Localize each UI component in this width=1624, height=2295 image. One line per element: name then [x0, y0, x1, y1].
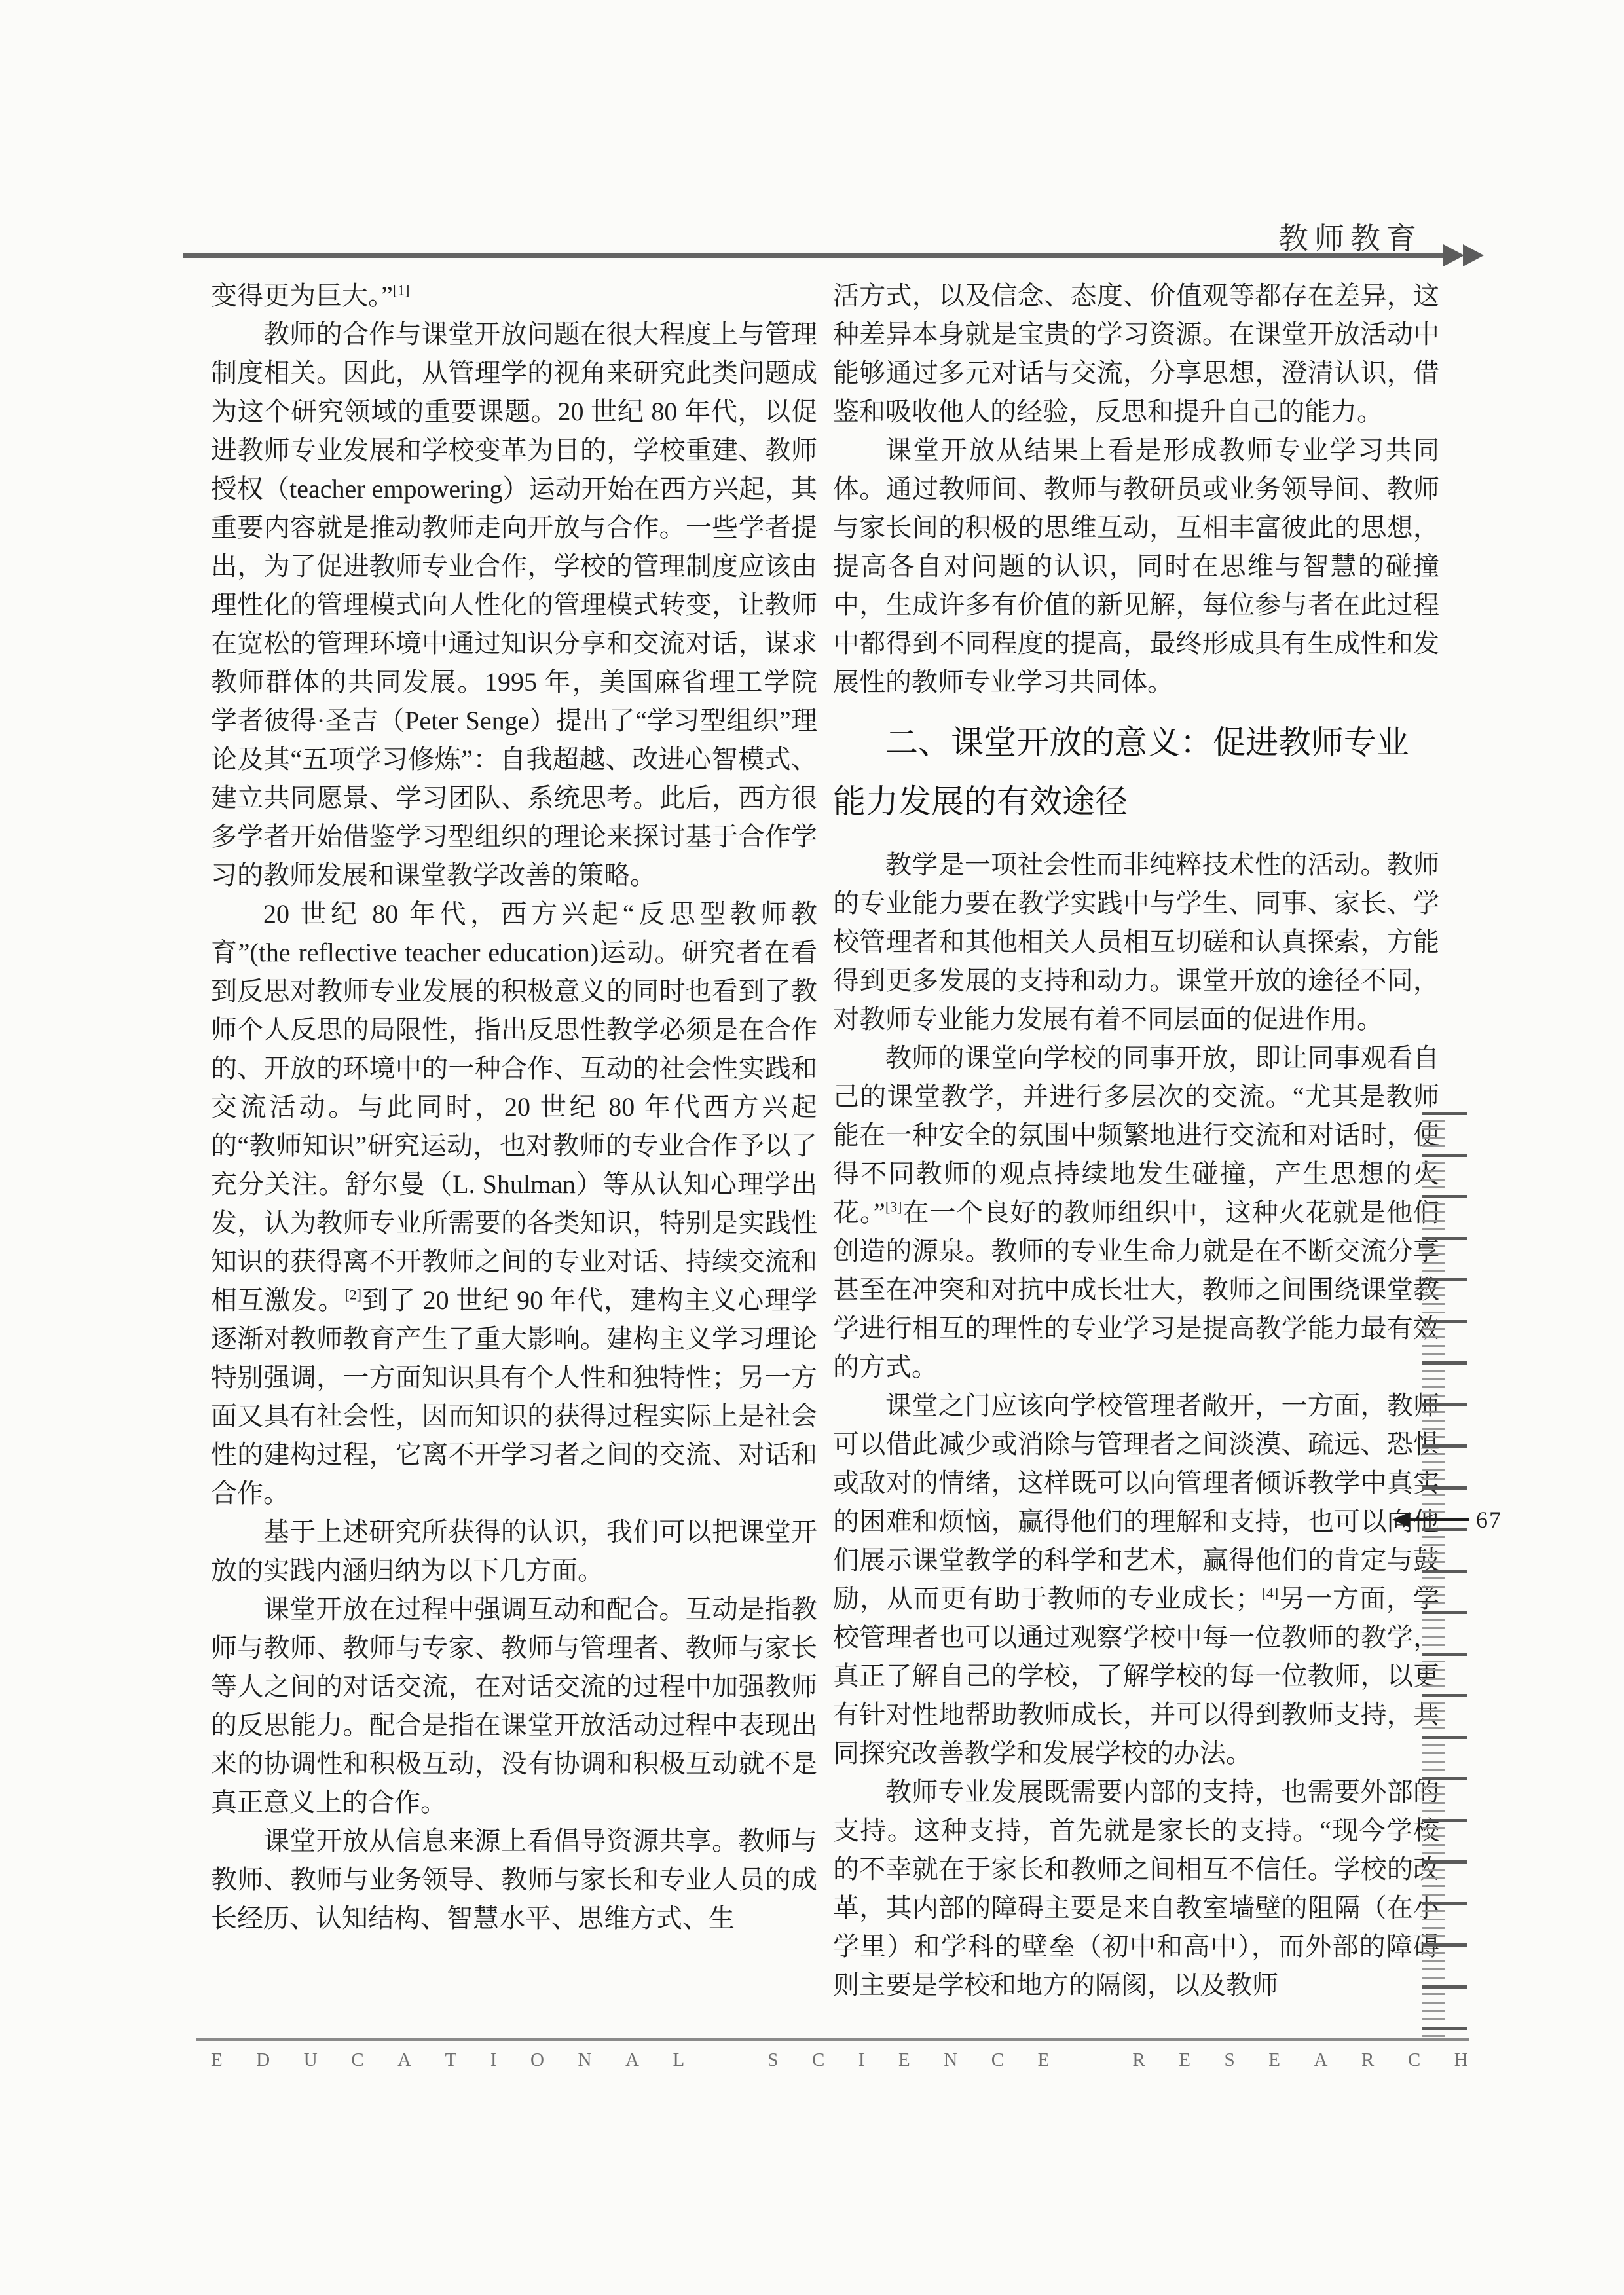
footnote-marker: [2] — [344, 1287, 361, 1303]
footer-letter: E — [211, 2049, 223, 2071]
ruler-tick — [1422, 1894, 1445, 1896]
ruler-tick — [1422, 1353, 1445, 1355]
ruler-tick — [1422, 1761, 1445, 1763]
footer-letter: D — [256, 2049, 270, 2071]
footer-letter: R — [1361, 2049, 1374, 2071]
body-paragraph: 教学是一项社会性而非纯粹技术性的活动。教师的专业能力要在教学实践中与学生、同事、… — [833, 845, 1439, 1038]
ruler-tick — [1422, 1869, 1445, 1871]
ruler-tick — [1422, 1627, 1445, 1629]
ruler-tick — [1422, 1287, 1445, 1289]
footer-rule — [196, 2038, 1469, 2041]
footer-letter: N — [944, 2049, 957, 2071]
ruler-tick — [1422, 1428, 1445, 1430]
ruler-tick — [1422, 1444, 1467, 1448]
footer-letter: L — [673, 2049, 684, 2071]
ruler-tick — [1422, 1552, 1445, 1554]
ruler-tick — [1422, 2010, 1445, 2012]
ruler-tick — [1422, 1644, 1445, 1646]
ruler-tick — [1422, 1685, 1445, 1687]
ruler-tick — [1422, 1577, 1445, 1579]
body-paragraph: 变得更为巨大。”[1] — [211, 276, 817, 315]
footer-letter: C — [812, 2049, 824, 2071]
ruler-tick — [1422, 1793, 1445, 1795]
ruler-tick — [1422, 1835, 1445, 1837]
ruler-tick — [1422, 1220, 1445, 1222]
ruler-tick — [1422, 1561, 1445, 1563]
ruler-tick — [1422, 1262, 1445, 1264]
footer-letter: T — [445, 2049, 457, 2071]
ruler-tick — [1422, 1570, 1467, 1573]
footer-letter: E — [1268, 2049, 1280, 2071]
ruler-tick — [1422, 1503, 1445, 1505]
ruler-tick — [1422, 1927, 1445, 1929]
ruler-tick — [1422, 1195, 1467, 1198]
footer-letter: U — [304, 2049, 318, 2071]
ruler-tick — [1422, 1278, 1467, 1281]
ruler-tick — [1422, 1461, 1445, 1463]
ruler-tick — [1422, 1128, 1445, 1130]
ruler-tick — [1422, 1827, 1445, 1829]
footer-letter: C — [1408, 2049, 1420, 2071]
body-paragraph: 课堂开放在过程中强调互动和配合。互动是指教师与教师、教师与专家、教师与管理者、教… — [211, 1590, 817, 1822]
ruler-tick — [1422, 1752, 1445, 1754]
ruler-tick — [1422, 1420, 1445, 1422]
ruler-tick — [1422, 1844, 1445, 1846]
ruler-tick — [1422, 1694, 1467, 1697]
ruler-tick — [1422, 1619, 1445, 1621]
ruler-tick — [1422, 1594, 1445, 1596]
ruler-tick — [1422, 2035, 1445, 2037]
ruler-tick — [1422, 1935, 1445, 1937]
footer-letter: S — [767, 2049, 778, 2071]
body-paragraph: 课堂之门应该向学校管理者敞开，一方面，教师可以借此减少或消除与管理者之间淡漠、疏… — [833, 1386, 1439, 1772]
section-heading: 二、课堂开放的意义：促进教师专业能力发展的有效途径 — [833, 713, 1439, 831]
footer-letter: O — [530, 2049, 544, 2071]
ruler-tick — [1422, 1602, 1445, 1604]
ruler-tick — [1422, 1993, 1445, 1995]
footer-letter: C — [991, 2049, 1004, 2071]
ruler-tick — [1422, 1544, 1445, 1546]
body-paragraph: 基于上述研究所获得的认识，我们可以把课堂开放的实践内涵归纳为以下几方面。 — [211, 1513, 817, 1590]
left-column: 变得更为巨大。”[1]教师的合作与课堂开放问题在很大程度上与管理制度相关。因此，… — [211, 276, 817, 1937]
ruler-tick — [1422, 1977, 1445, 1979]
double-right-arrow-icon — [1443, 244, 1464, 266]
ruler-tick — [1422, 2027, 1467, 2030]
ruler-tick — [1422, 1710, 1445, 1712]
ruler-tick — [1422, 1511, 1445, 1513]
footer-letter: R — [1132, 2049, 1145, 2071]
footer-letter: S — [1225, 2049, 1235, 2071]
footer-letter: I — [858, 2049, 865, 2071]
ruler-tick — [1422, 1744, 1445, 1746]
ruler-tick — [1422, 1303, 1445, 1305]
ruler-tick — [1422, 2018, 1445, 2020]
ruler-tick — [1422, 1852, 1445, 1854]
ruler-tick — [1422, 1486, 1467, 1490]
ruler-tick — [1422, 1810, 1445, 1812]
footer-letter: H — [1454, 2049, 1468, 2071]
ruler-tick — [1422, 1145, 1445, 1147]
body-paragraph: 教师的合作与课堂开放问题在很大程度上与管理制度相关。因此，从管理学的视角来研究此… — [211, 315, 817, 894]
ruler-tick — [1422, 1154, 1467, 1157]
footer-letter: N — [578, 2049, 592, 2071]
ruler-tick — [1422, 1245, 1445, 1247]
ruler-tick — [1422, 1586, 1445, 1588]
footer-letter: E — [1038, 2049, 1050, 2071]
ruler-tick — [1422, 1203, 1445, 1205]
ruler-tick — [1422, 1378, 1445, 1380]
ruler-tick — [1422, 1137, 1445, 1139]
ruler-tick — [1422, 1228, 1445, 1230]
ruler-tick — [1422, 1777, 1467, 1780]
ruler-tick — [1422, 1860, 1467, 1864]
ruler-tick — [1422, 1727, 1445, 1729]
ruler-tick — [1422, 2002, 1445, 2004]
ruler-tick — [1422, 1968, 1445, 1970]
page-number-arrow-shaft — [1407, 1518, 1469, 1521]
ruler-tick — [1422, 1653, 1467, 1656]
page-number: 67 — [1476, 1506, 1502, 1533]
ruler-tick — [1422, 1186, 1445, 1188]
ruler-tick — [1422, 1312, 1445, 1313]
ruler-tick — [1422, 1294, 1445, 1296]
ruler-tick — [1422, 1403, 1467, 1406]
ruler-tick — [1422, 1328, 1445, 1330]
ruler-tick — [1422, 1211, 1445, 1213]
ruler-tick — [1422, 1370, 1445, 1372]
ruler-tick — [1422, 1952, 1445, 1954]
ruler-tick — [1422, 1636, 1445, 1638]
ruler-tick — [1422, 1769, 1445, 1771]
header-section-label: 教师教育 — [1278, 215, 1422, 258]
body-paragraph: 课堂开放从信息来源上看倡导资源共享。教师与教师、教师与业务领导、教师与家长和专业… — [211, 1822, 817, 1937]
ruler-tick — [1422, 1336, 1445, 1338]
body-paragraph: 活方式，以及信念、态度、价值观等都存在差异，这种差异本身就是宝贵的学习资源。在课… — [833, 276, 1439, 431]
ruler-tick — [1422, 1702, 1445, 1704]
ruler-tick — [1422, 1611, 1467, 1614]
ruler-tick — [1422, 1162, 1445, 1164]
ruler-tick — [1422, 1902, 1467, 1905]
ruler-tick — [1422, 1478, 1445, 1480]
ruler-tick — [1422, 1320, 1467, 1323]
body-paragraph: 20 世纪 80 年代，西方兴起“反思型教师教育”(the reflective… — [211, 894, 817, 1513]
right-column: 活方式，以及信念、态度、价值观等都存在差异，这种差异本身就是宝贵的学习资源。在课… — [833, 276, 1439, 2004]
ruler-tick — [1422, 1786, 1445, 1788]
footer-letter: E — [1179, 2049, 1190, 2071]
ruler-tick — [1422, 1253, 1445, 1255]
ruler-tick — [1422, 1453, 1445, 1455]
ruler-tick — [1422, 1678, 1445, 1680]
footer-letter: A — [625, 2049, 639, 2071]
ruler-tick — [1422, 1877, 1445, 1879]
double-right-arrow-icon — [1463, 244, 1484, 266]
ruler-tick — [1422, 1494, 1445, 1496]
footer-letter: A — [1314, 2049, 1327, 2071]
ruler-tick — [1422, 1536, 1445, 1538]
ruler-tick — [1422, 1411, 1445, 1413]
body-paragraph: 教师专业发展既需要内部的支持，也需要外部的支持。这种支持，首先就是家长的支持。“… — [833, 1772, 1439, 2004]
body-paragraph: 教师的课堂向学校的同事开放，即让同事观看自己的课堂教学，并进行多层次的交流。“尤… — [833, 1038, 1439, 1386]
ruler-tick — [1422, 1736, 1467, 1739]
footnote-marker: [4] — [1262, 1585, 1279, 1602]
ruler-tick — [1422, 1528, 1467, 1531]
ruler-tick — [1422, 1395, 1445, 1397]
ruler-tick — [1422, 1910, 1445, 1912]
ruler-tick — [1422, 1819, 1467, 1822]
footer-letter: I — [490, 2049, 497, 2071]
ruler-tick — [1422, 1345, 1445, 1347]
ruler-tick — [1422, 1112, 1467, 1115]
ruler-tick — [1422, 1120, 1445, 1122]
print-registration-ruler — [1422, 1112, 1467, 2036]
ruler-tick — [1422, 1985, 1467, 1989]
footer-journal-name: EDUCATIONALSCIENCERESEARCH — [211, 2049, 1468, 2071]
ruler-tick — [1422, 1361, 1467, 1365]
ruler-tick — [1422, 1885, 1445, 1887]
ruler-tick — [1422, 1179, 1445, 1181]
ruler-tick — [1422, 1661, 1445, 1662]
ruler-tick — [1422, 1237, 1467, 1240]
ruler-tick — [1422, 1436, 1445, 1438]
ruler-tick — [1422, 1802, 1445, 1804]
footer-letter: C — [351, 2049, 363, 2071]
footnote-marker: [1] — [393, 282, 410, 299]
ruler-tick — [1422, 1270, 1445, 1272]
ruler-tick — [1422, 1386, 1445, 1388]
ruler-tick — [1422, 1170, 1445, 1172]
header-rule — [183, 253, 1444, 258]
ruler-tick — [1422, 1919, 1445, 1920]
ruler-tick — [1422, 1669, 1445, 1671]
ruler-tick — [1422, 1719, 1445, 1721]
footer-letter: E — [898, 2049, 910, 2071]
footnote-marker: [3] — [885, 1199, 902, 1215]
ruler-tick — [1422, 1469, 1445, 1471]
footer-letter: A — [397, 2049, 411, 2071]
ruler-tick — [1422, 1960, 1445, 1962]
body-paragraph: 课堂开放从结果上看是形成教师专业学习共同体。通过教师间、教师与教研员或业务领导间… — [833, 431, 1439, 701]
ruler-tick — [1422, 1943, 1467, 1947]
